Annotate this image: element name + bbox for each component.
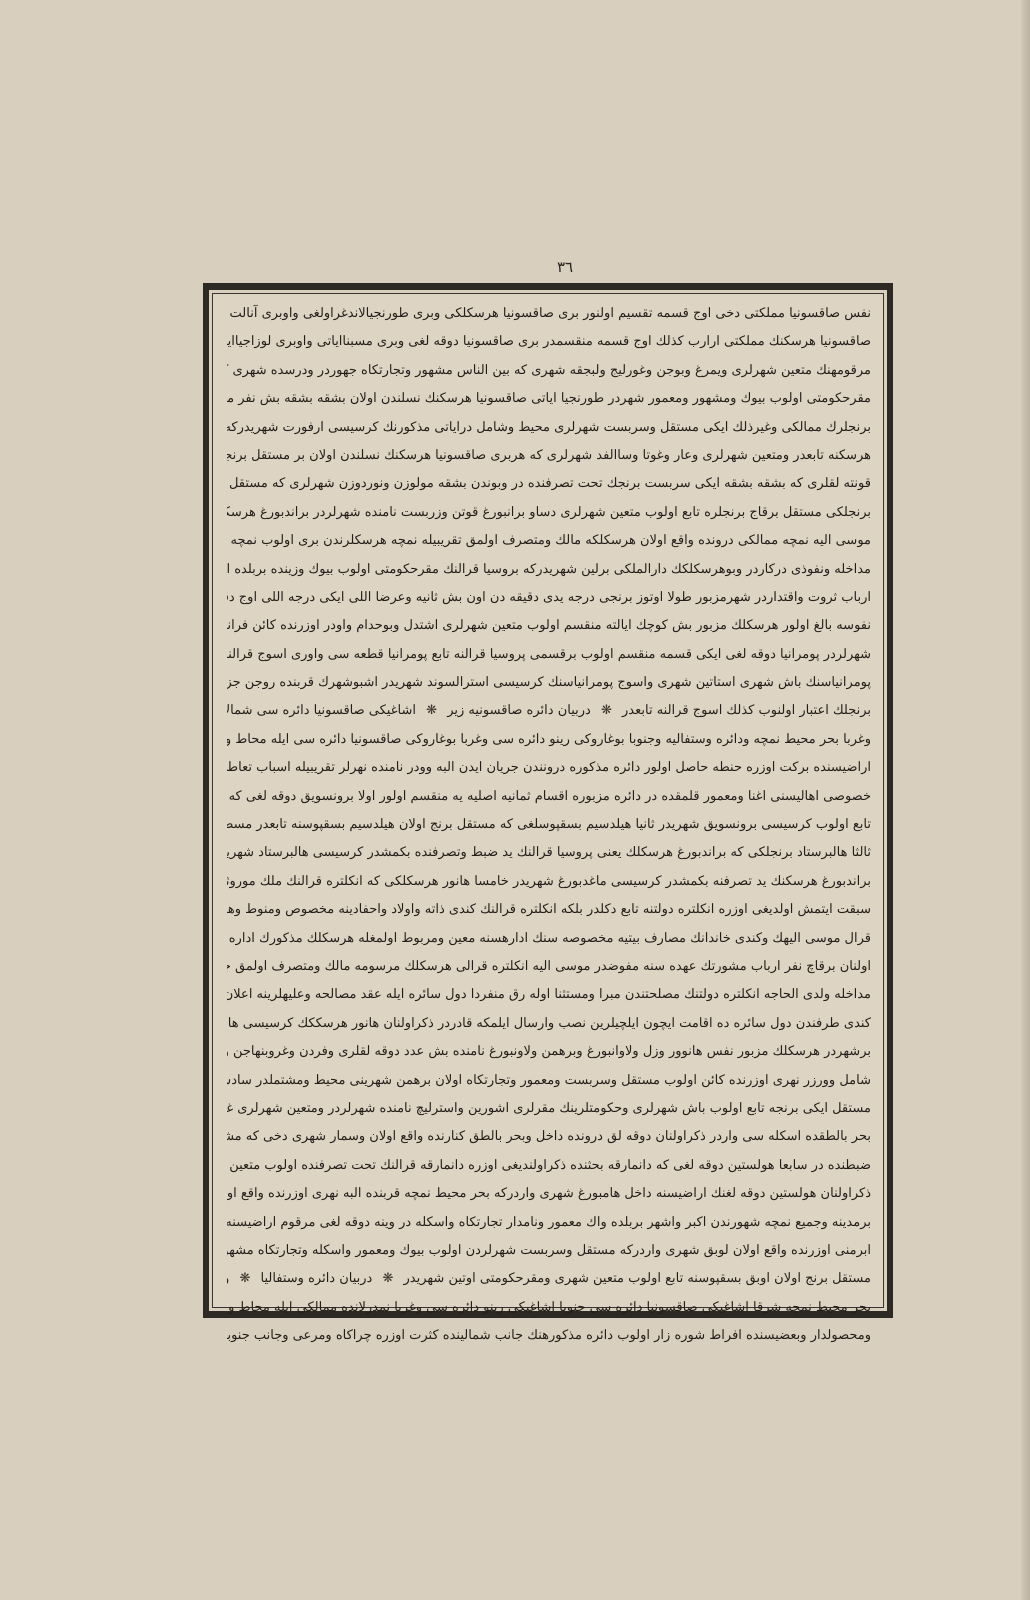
text-line: ذكراولنان هولستين دوقه لغنك اراضيسنه داخ… — [227, 1180, 871, 1208]
ornament-icon: ❋ — [595, 703, 618, 718]
text-line: مرقومهنك متعين شهرلرى ويمرغ وبوجن وغورلي… — [227, 357, 871, 385]
text-line: مداخله ونفوذى دركاردر وبوهرسكلكك دارالمل… — [227, 556, 871, 584]
text-line: ابرمنى اوزرنده واقع اولان لوبق شهرى وارد… — [227, 1237, 871, 1265]
text-line: ثالثا هالبرستاد برنجلكى كه براندبورغ هرس… — [227, 839, 871, 867]
text-segment: وستفاليا دائره سى شمالا — [227, 1271, 229, 1286]
text-line: كندى طرفندن دول سائره ده اقامت ايچون ايل… — [227, 1010, 871, 1038]
text-line: برمدينه وجميع نمچه شهورندن اكبر واشهر بر… — [227, 1209, 871, 1237]
text-line: برنجلكى مستقل برقاج برنجلره تابع اولوب م… — [227, 499, 871, 527]
text-line: مستقل ايكى برنجه تابع اولوب باش شهرلرى و… — [227, 1095, 871, 1123]
ornament-icon: ❋ — [233, 1271, 256, 1286]
text-line: پومرانياسنك باش شهرى استاتين شهرى واسوج … — [227, 669, 871, 697]
body-text: نفس صاقسونيا مملكتى دخى اوج قسمه تقسيم ا… — [227, 300, 871, 1301]
section-title: دربيان دائره وستفاليا — [260, 1271, 372, 1286]
ornament-icon: ❋ — [420, 703, 443, 718]
text-line: شهرلردر پومرانيا دوقه لغى ايكى قسمه منقس… — [227, 641, 871, 669]
page-edge-shadow — [1021, 0, 1030, 1600]
text-segment: مستقل برنج اولان اوبق بسقپوسنه تابع اولو… — [404, 1271, 871, 1286]
page-number: ٣٦ — [545, 258, 585, 276]
text-line: ومحصولدار وبعضيسنده افراط شوره زار اولوب… — [227, 1322, 871, 1350]
text-line: نفس صاقسونيا مملكتى دخى اوج قسمه تقسيم ا… — [227, 300, 871, 328]
text-line: اراضيسنده بركت اوزره حنطه حاصل اولور دائ… — [227, 754, 871, 782]
frame-rule-left — [204, 284, 209, 1317]
text-line: هرسكنه تابعدر ومتعين شهرلرى وعار وغوتا و… — [227, 442, 871, 470]
text-line: برشهردر هرسكلك مزبور نفس هانوور وزل ولاو… — [227, 1038, 871, 1066]
frame-rule-top — [204, 284, 892, 290]
frame-rule-right — [887, 284, 892, 1317]
text-line: وغربا بحر محيط نمچه ودائره وستفاليه وجنو… — [227, 726, 871, 754]
text-segment: اشاغيكى صاقسونيا دائره سى شمالا بحر بالط… — [227, 703, 416, 718]
text-line: بحر محيط نمچه شرقا اشاغيكى صاقسونيا دائر… — [227, 1294, 871, 1322]
text-segment: برنجلك اعتبار اولنوب كذلك اسوج قرالنه تا… — [622, 703, 871, 718]
section-heading-line: مستقل برنج اولان اوبق بسقپوسنه تابع اولو… — [227, 1265, 871, 1293]
section-heading-line: برنجلك اعتبار اولنوب كذلك اسوج قرالنه تا… — [227, 697, 871, 725]
text-line: براندبورغ هرسكنك يد تصرفنه بكمشدر كرسيسى… — [227, 868, 871, 896]
text-line: ارباب ثروت واقتداردر شهرمزبور طولا اوتوز… — [227, 584, 871, 612]
text-line: تابع اولوب كرسيسى برونسويق شهريدر ثانيا … — [227, 811, 871, 839]
ornament-icon: ❋ — [376, 1271, 399, 1286]
text-line: مقرحكومتى اولوب بيوك ومشهور ومعمور شهردر… — [227, 385, 871, 413]
inner-frame: نفس صاقسونيا مملكتى دخى اوج قسمه تقسيم ا… — [212, 293, 884, 1308]
text-line: شامل وورزر نهرى اوزرنده كائن اولوب مستقل… — [227, 1067, 871, 1095]
text-line: سبقت ايتمش اولديغى اوزره انكلتره دولتنه … — [227, 896, 871, 924]
text-frame: نفس صاقسونيا مملكتى دخى اوج قسمه تقسيم ا… — [203, 283, 893, 1318]
text-line: مداخله ولدى الحاجه انكلتره دولتنك مصلحتن… — [227, 981, 871, 1009]
section-title: دربيان دائره صاقسونيه زير — [447, 703, 591, 718]
text-line: برنجلرك ممالكى وغيرذلك ايكى مستقل وسربست… — [227, 414, 871, 442]
text-line: قرال موسى اليهك وكندى خاندانك مصارف بيتي… — [227, 925, 871, 953]
text-line: موسى اليه نمچه ممالكى درونده واقع اولان … — [227, 527, 871, 555]
text-line: نفوسه بالغ اولور هرسكلك مزبور بش كوچك اي… — [227, 612, 871, 640]
text-line: خصوصى اهاليسنى اغنا ومعمور قلمقده در دائ… — [227, 783, 871, 811]
text-line: ضبطنده در سابعا هولستين دوقه لغى كه دانم… — [227, 1152, 871, 1180]
text-line: اولنان برقاچ نفر ارباب مشورتك عهده سنه م… — [227, 953, 871, 981]
text-line: قونته لقلرى كه بشقه بشقه ايكى سربست برنج… — [227, 470, 871, 498]
text-line: صاقسونيا هرسكنك مملكتى ارارب كذلك اوج قس… — [227, 328, 871, 356]
text-line: بحر بالطقده اسكله سى واردر ذكراولنان دوق… — [227, 1123, 871, 1151]
